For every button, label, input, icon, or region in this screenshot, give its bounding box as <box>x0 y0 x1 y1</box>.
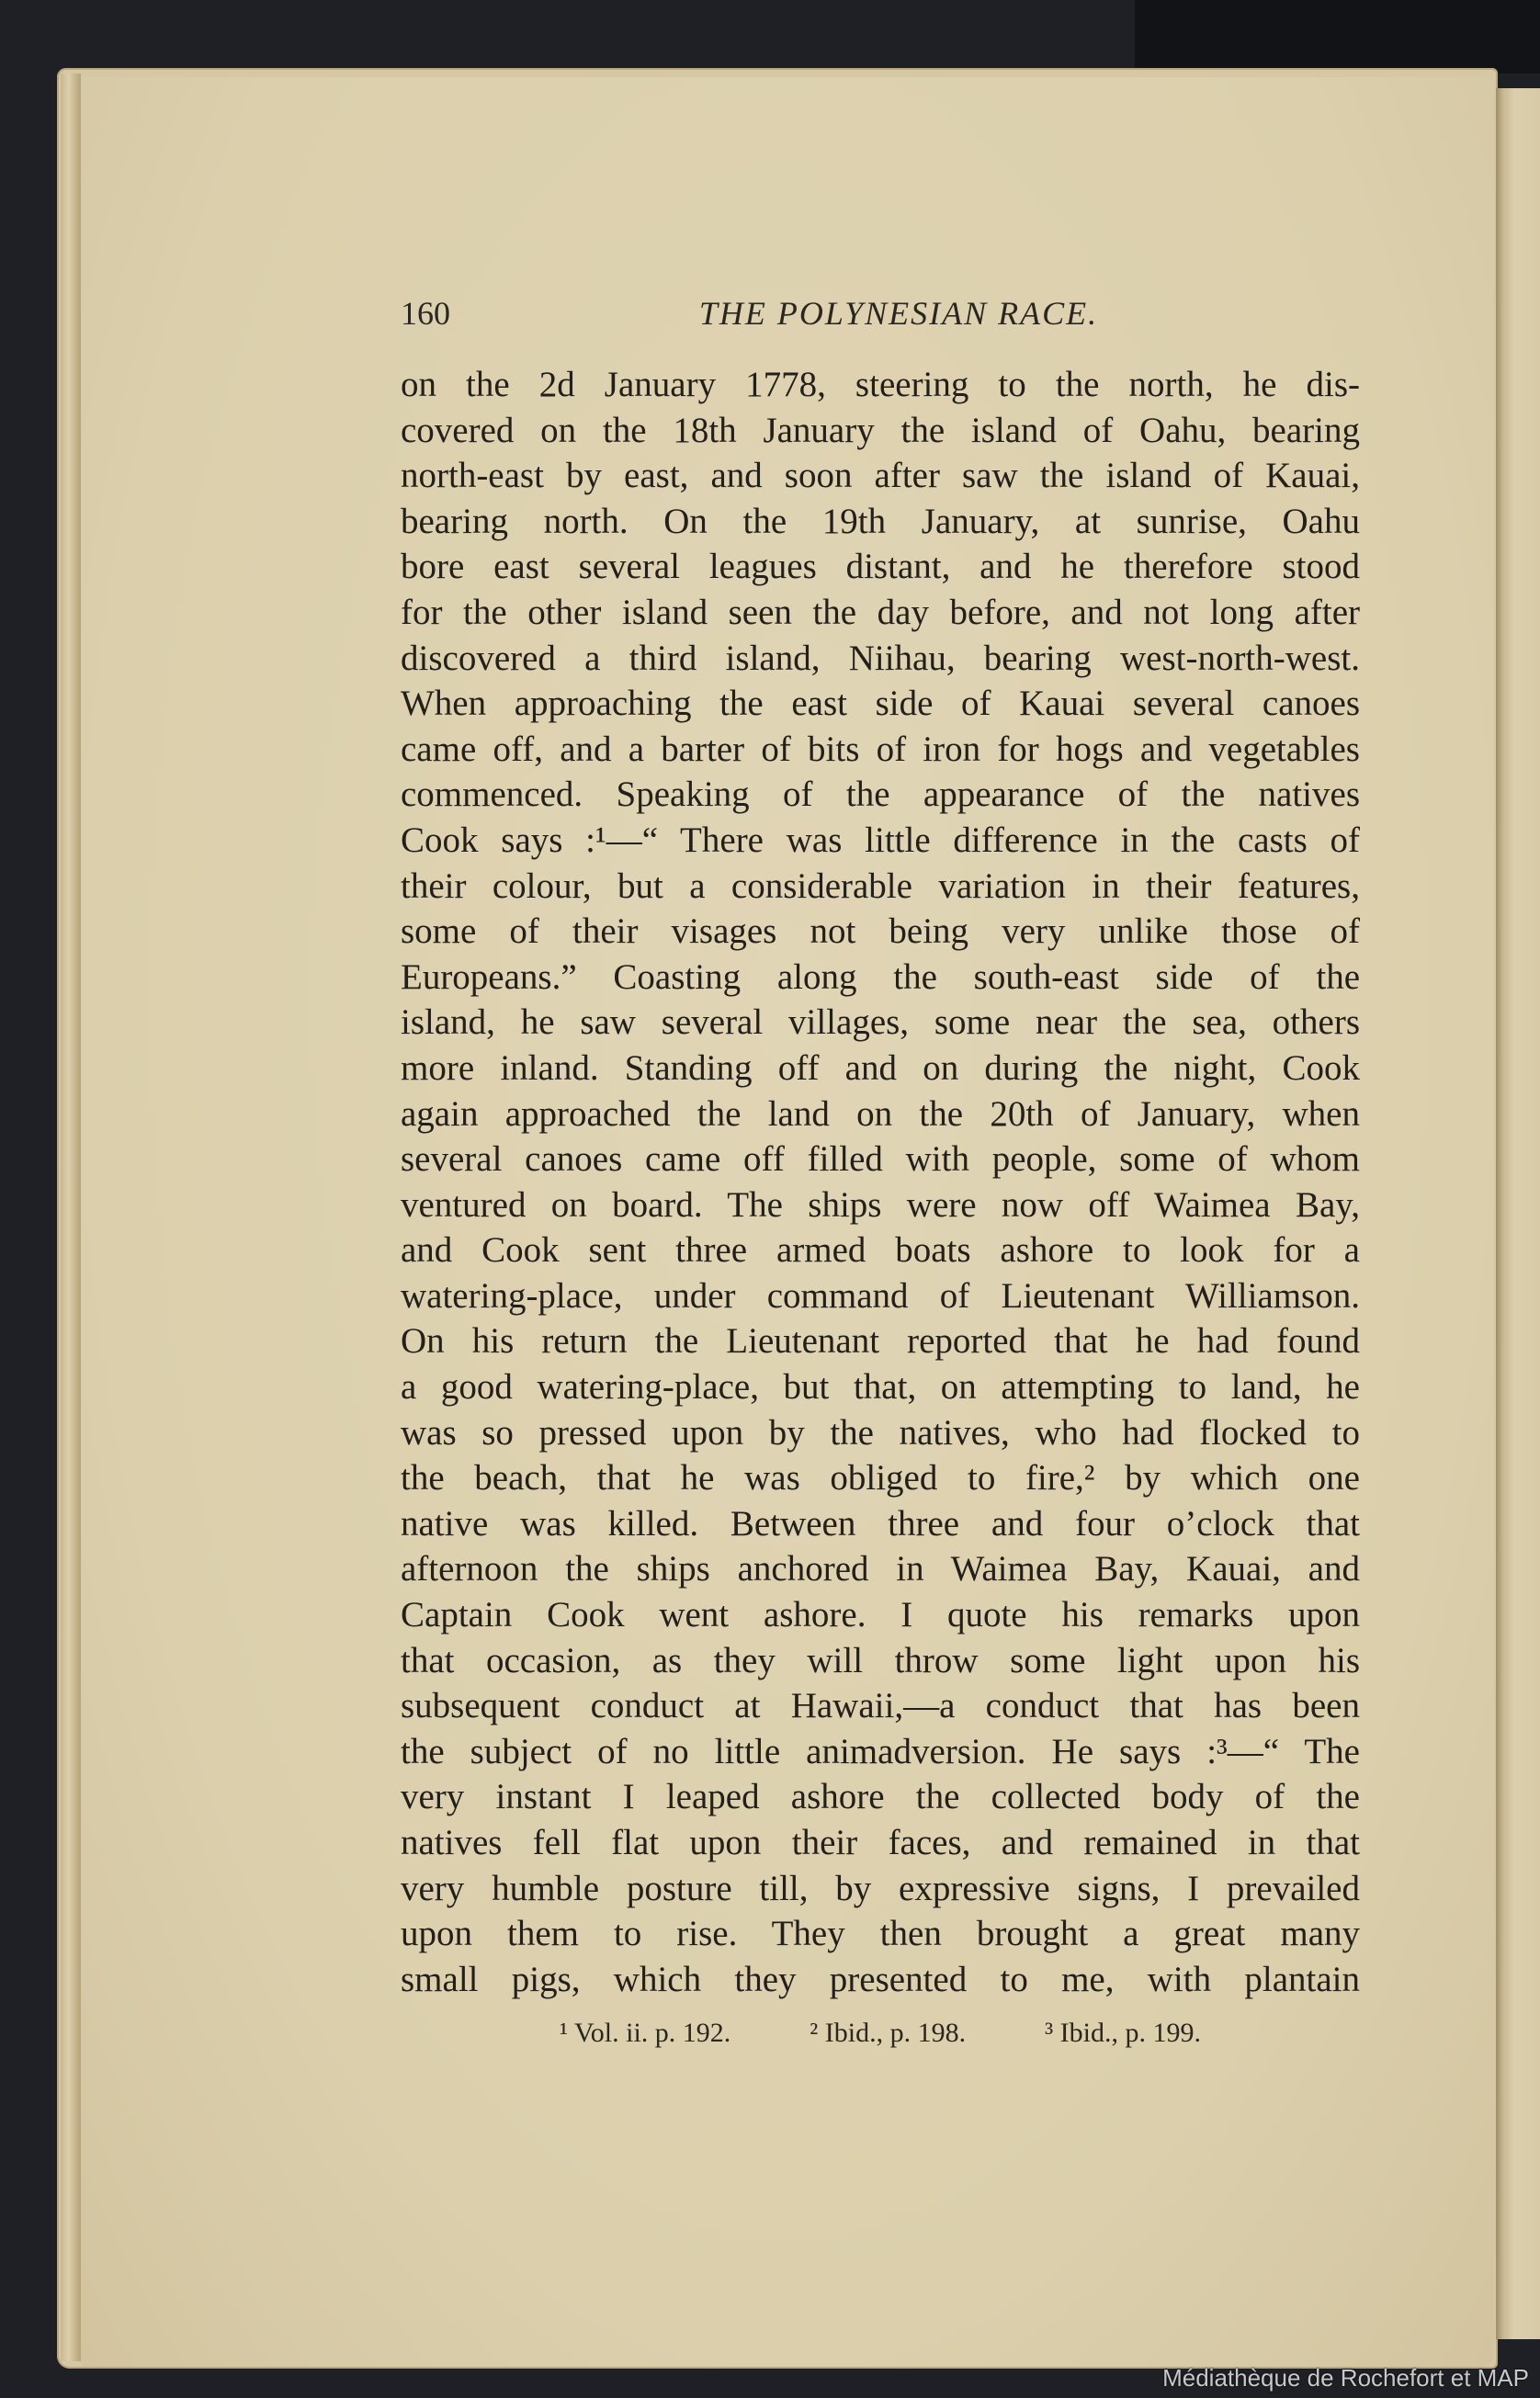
text-line: subsequent conduct at Hawaii,—a conduct … <box>401 1683 1360 1729</box>
body-text: on the 2d January 1778, steering to the … <box>401 362 1360 2002</box>
text-line: When approaching the east side of Kauai … <box>401 681 1360 727</box>
text-line: discovered a third island, Niihau, beari… <box>401 636 1360 682</box>
text-line: On his return the Lieutenant reported th… <box>401 1318 1360 1364</box>
running-title: THE POLYNESIAN RACE. <box>401 294 1360 333</box>
text-line: upon them to rise. They then brought a g… <box>401 1911 1360 1957</box>
text-line: several canoes came off filled with peop… <box>401 1137 1360 1182</box>
footnote-3: ³ Ibid., p. 199. <box>1045 2018 1201 2049</box>
facing-page-strip <box>1496 88 1540 2339</box>
text-line: some of their visages not being very unl… <box>401 909 1360 955</box>
footnote-1: ¹ Vol. ii. p. 192. <box>560 2018 730 2049</box>
text-line: and Cook sent three armed boats ashore t… <box>401 1227 1360 1273</box>
text-line: native was killed. Between three and fou… <box>401 1501 1360 1547</box>
text-line: small pigs, which they presented to me, … <box>401 1957 1360 2003</box>
text-line: on the 2d January 1778, steering to the … <box>401 362 1360 408</box>
text-line: for the other island seen the day before… <box>401 590 1360 636</box>
text-line: ventured on board. The ships were now of… <box>401 1182 1360 1228</box>
library-watermark: Médiathèque de Rochefort et MAP <box>1162 2364 1529 2392</box>
text-line: natives fell flat upon their faces, and … <box>401 1820 1360 1866</box>
text-line: that occasion, as they will throw some l… <box>401 1638 1360 1684</box>
book-cover-edge <box>1135 0 1540 74</box>
footnotes: ¹ Vol. ii. p. 192. ² Ibid., p. 198. ³ Ib… <box>401 2018 1360 2049</box>
text-line: very instant I leaped ashore the collect… <box>401 1774 1360 1820</box>
text-line: north-east by east, and soon after saw t… <box>401 453 1360 499</box>
text-line: the beach, that he was obliged to fire,²… <box>401 1455 1360 1501</box>
text-line: bearing north. On the 19th January, at s… <box>401 499 1360 545</box>
text-line: afternoon the ships anchored in Waimea B… <box>401 1546 1360 1592</box>
text-line: Europeans.” Coasting along the south-eas… <box>401 955 1360 1001</box>
text-line: bore east several leagues distant, and h… <box>401 544 1360 590</box>
text-line: again approached the land on the 20th of… <box>401 1092 1360 1137</box>
text-line: a good watering-place, but that, on atte… <box>401 1364 1360 1410</box>
text-line: came off, and a barter of bits of iron f… <box>401 727 1360 773</box>
text-line: more inland. Standing off and on during … <box>401 1046 1360 1092</box>
text-line: commenced. Speaking of the appearance of… <box>401 772 1360 818</box>
running-header: 160 THE POLYNESIAN RACE. <box>401 294 1360 340</box>
text-line: their colour, but a considerable variati… <box>401 864 1360 910</box>
text-line: very humble posture till, by expressive … <box>401 1866 1360 1912</box>
footnote-2: ² Ibid., p. 198. <box>810 2018 966 2049</box>
text-line: the subject of no little animadversion. … <box>401 1729 1360 1775</box>
text-line: Captain Cook went ashore. I quote his re… <box>401 1592 1360 1638</box>
page-fore-edge <box>61 74 81 2361</box>
text-line: was so pressed upon by the natives, who … <box>401 1410 1360 1456</box>
text-line: covered on the 18th January the island o… <box>401 408 1360 454</box>
text-line: Cook says :¹—“ There was little differen… <box>401 818 1360 864</box>
text-line: island, he saw several villages, some ne… <box>401 1000 1360 1046</box>
text-line: watering-place, under command of Lieuten… <box>401 1273 1360 1319</box>
